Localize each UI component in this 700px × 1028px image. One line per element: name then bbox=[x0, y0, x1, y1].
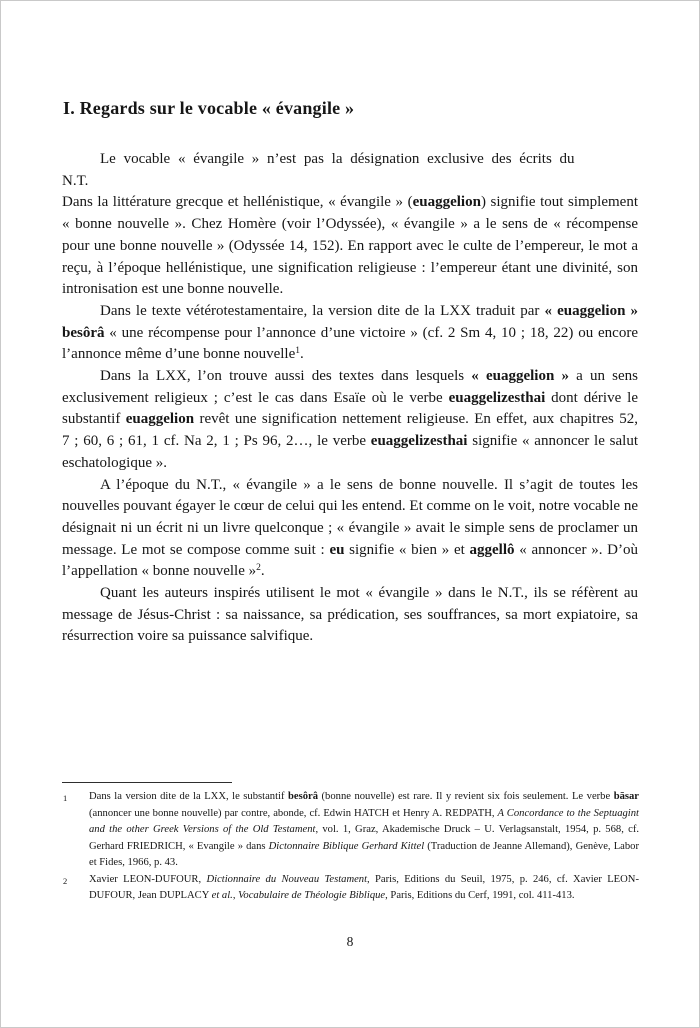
italic-title: Dictionnaire du Nouveau Testament bbox=[206, 874, 367, 885]
paragraph: A l’époque du N.T., « évangile » a le se… bbox=[62, 475, 638, 584]
footnotes-section: 1Dans la version dite de la LXX, le subs… bbox=[62, 782, 639, 905]
text-run: Dans la LXX, l’on trouve aussi des texte… bbox=[100, 368, 471, 384]
footnote-marker: 1 bbox=[63, 790, 67, 807]
paragraph: Dans la littérature grecque et hellénist… bbox=[62, 192, 638, 301]
text-run: . bbox=[300, 346, 304, 362]
italic-title: Vocabulaire de Théologie Biblique bbox=[238, 890, 385, 901]
text-run: , Paris, Editions du Cerf, 1991, col. 41… bbox=[385, 890, 574, 901]
text-run: . bbox=[261, 563, 265, 579]
page-number: 8 bbox=[1, 934, 699, 950]
document-page: I. Regards sur le vocable « évangile » L… bbox=[0, 0, 700, 1028]
footnote: 2Xavier LEON-DUFOUR, Dictionnaire du Nou… bbox=[62, 872, 639, 905]
bold-term: euaggelizesthai bbox=[371, 433, 468, 449]
text-run: Le vocable « évangile » n’est pas la dés… bbox=[100, 151, 575, 167]
text-run: Quant les auteurs inspirés utilisent le … bbox=[62, 585, 638, 644]
text-run: (annoncer une bonne nouvelle) par contre… bbox=[89, 808, 498, 819]
text-run: « une récompense pour l’annonce d’une vi… bbox=[62, 325, 638, 363]
paragraph: Dans le texte vétérotestamentaire, la ve… bbox=[62, 301, 638, 366]
footnote-separator bbox=[62, 782, 232, 783]
document-body: Le vocable « évangile » n’est pas la dés… bbox=[62, 149, 638, 648]
text-run: Xavier LEON-DUFOUR, bbox=[89, 874, 206, 885]
bold-term: bāsar bbox=[614, 791, 639, 802]
footnote: 1Dans la version dite de la LXX, le subs… bbox=[62, 789, 639, 872]
paragraph: Quant les auteurs inspirés utilisent le … bbox=[62, 583, 638, 648]
italic-title: Dictonnaire Biblique Gerhard Kittel bbox=[269, 841, 425, 852]
text-run: signifie « bien » et bbox=[344, 542, 469, 558]
footnote-marker: 2 bbox=[63, 873, 67, 890]
bold-term: eu bbox=[329, 542, 344, 558]
text-run: Dans la version dite de la LXX, le subst… bbox=[89, 791, 288, 802]
paragraph: Le vocable « évangile » n’est pas la dés… bbox=[62, 149, 638, 192]
footnote-ref: 2 bbox=[256, 563, 261, 573]
paragraph: Dans la LXX, l’on trouve aussi des texte… bbox=[62, 366, 638, 475]
text-run: N.T. bbox=[62, 173, 88, 189]
bold-term: besôrâ bbox=[288, 791, 318, 802]
section-heading: I. Regards sur le vocable « évangile » bbox=[63, 96, 637, 120]
text-run: (bonne nouvelle) est rare. Il y revient … bbox=[318, 791, 614, 802]
footnote-list: 1Dans la version dite de la LXX, le subs… bbox=[62, 789, 639, 905]
bold-term: euaggelion bbox=[413, 194, 481, 210]
italic-title: et al. bbox=[212, 890, 233, 901]
text-run: Dans le texte vétérotestamentaire, la ve… bbox=[100, 303, 545, 319]
footnote-ref: 1 bbox=[295, 346, 300, 356]
bold-term: euaggelizesthai bbox=[449, 390, 546, 406]
bold-term: euaggelion bbox=[126, 411, 194, 427]
bold-term: aggellô bbox=[470, 542, 515, 558]
bold-term: « euaggelion » bbox=[471, 368, 569, 384]
text-run: Dans la littérature grecque et hellénist… bbox=[62, 194, 413, 210]
